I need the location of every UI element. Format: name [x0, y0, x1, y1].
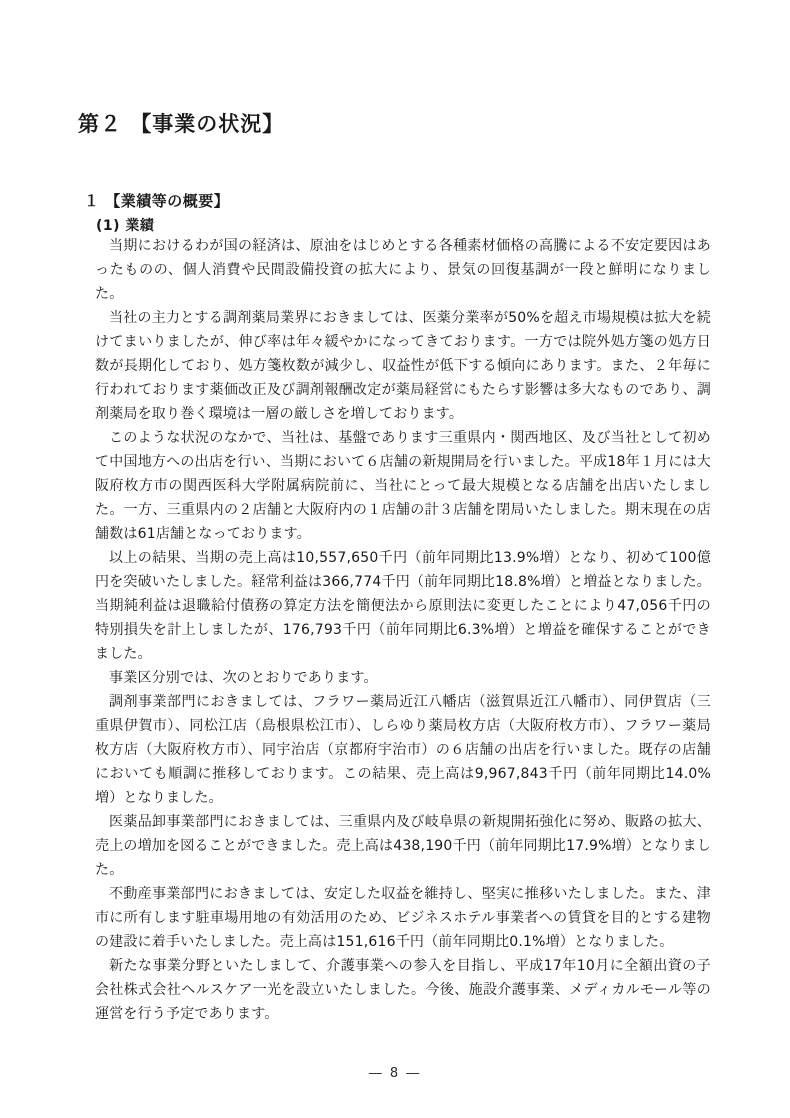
body-text-block: 当期におけるわが国の経済は、原油をはじめとする各種素材価格の高騰による不安定要因… [95, 234, 711, 1026]
paragraph-segment-intro: 事業区分別では、次のとおりであります。 [95, 666, 711, 690]
paragraph-store-openings: このような状況のなかで、当社は、基盤であります三重県内・関西地区、及び当社として… [95, 426, 711, 546]
chapter-heading: １ 【業績等の概要】 [84, 190, 229, 211]
paragraph-industry-overview: 当社の主力とする調剤薬局業界におきましては、医薬分業率が50%を超え市場規模は拡… [95, 306, 711, 426]
paragraph-realestate-segment: 不動産事業部門におきましては、安定した収益を維持し、堅実に推移いたしました。また… [95, 882, 711, 954]
paragraph-wholesale-segment: 医薬品卸事業部門におきましては、三重県内及び岐阜県の新規開拓強化に努め、販路の拡… [95, 810, 711, 882]
paragraph-economy-overview: 当期におけるわが国の経済は、原油をはじめとする各種素材価格の高騰による不安定要因… [95, 234, 711, 306]
paragraph-financial-results: 以上の結果、当期の売上高は10,557,650千円（前年同期比13.9%増）とな… [95, 546, 711, 666]
document-page: 第２ 【事業の状況】 １ 【業績等の概要】 (1) 業績 当期におけるわが国の経… [0, 0, 790, 1118]
section-title: 第２ 【事業の状況】 [78, 108, 284, 138]
paragraph-dispensing-segment: 調剤事業部門におきましては、フラワー薬局近江八幡店（滋賀県近江八幡市）、同伊賀店… [95, 690, 711, 810]
subsection-heading: (1) 業績 [96, 215, 154, 235]
paragraph-new-business: 新たな事業分野といたしまして、介護事業への参入を目指し、平成17年10月に全額出… [95, 954, 711, 1026]
page-number: ― 8 ― [0, 1066, 790, 1081]
